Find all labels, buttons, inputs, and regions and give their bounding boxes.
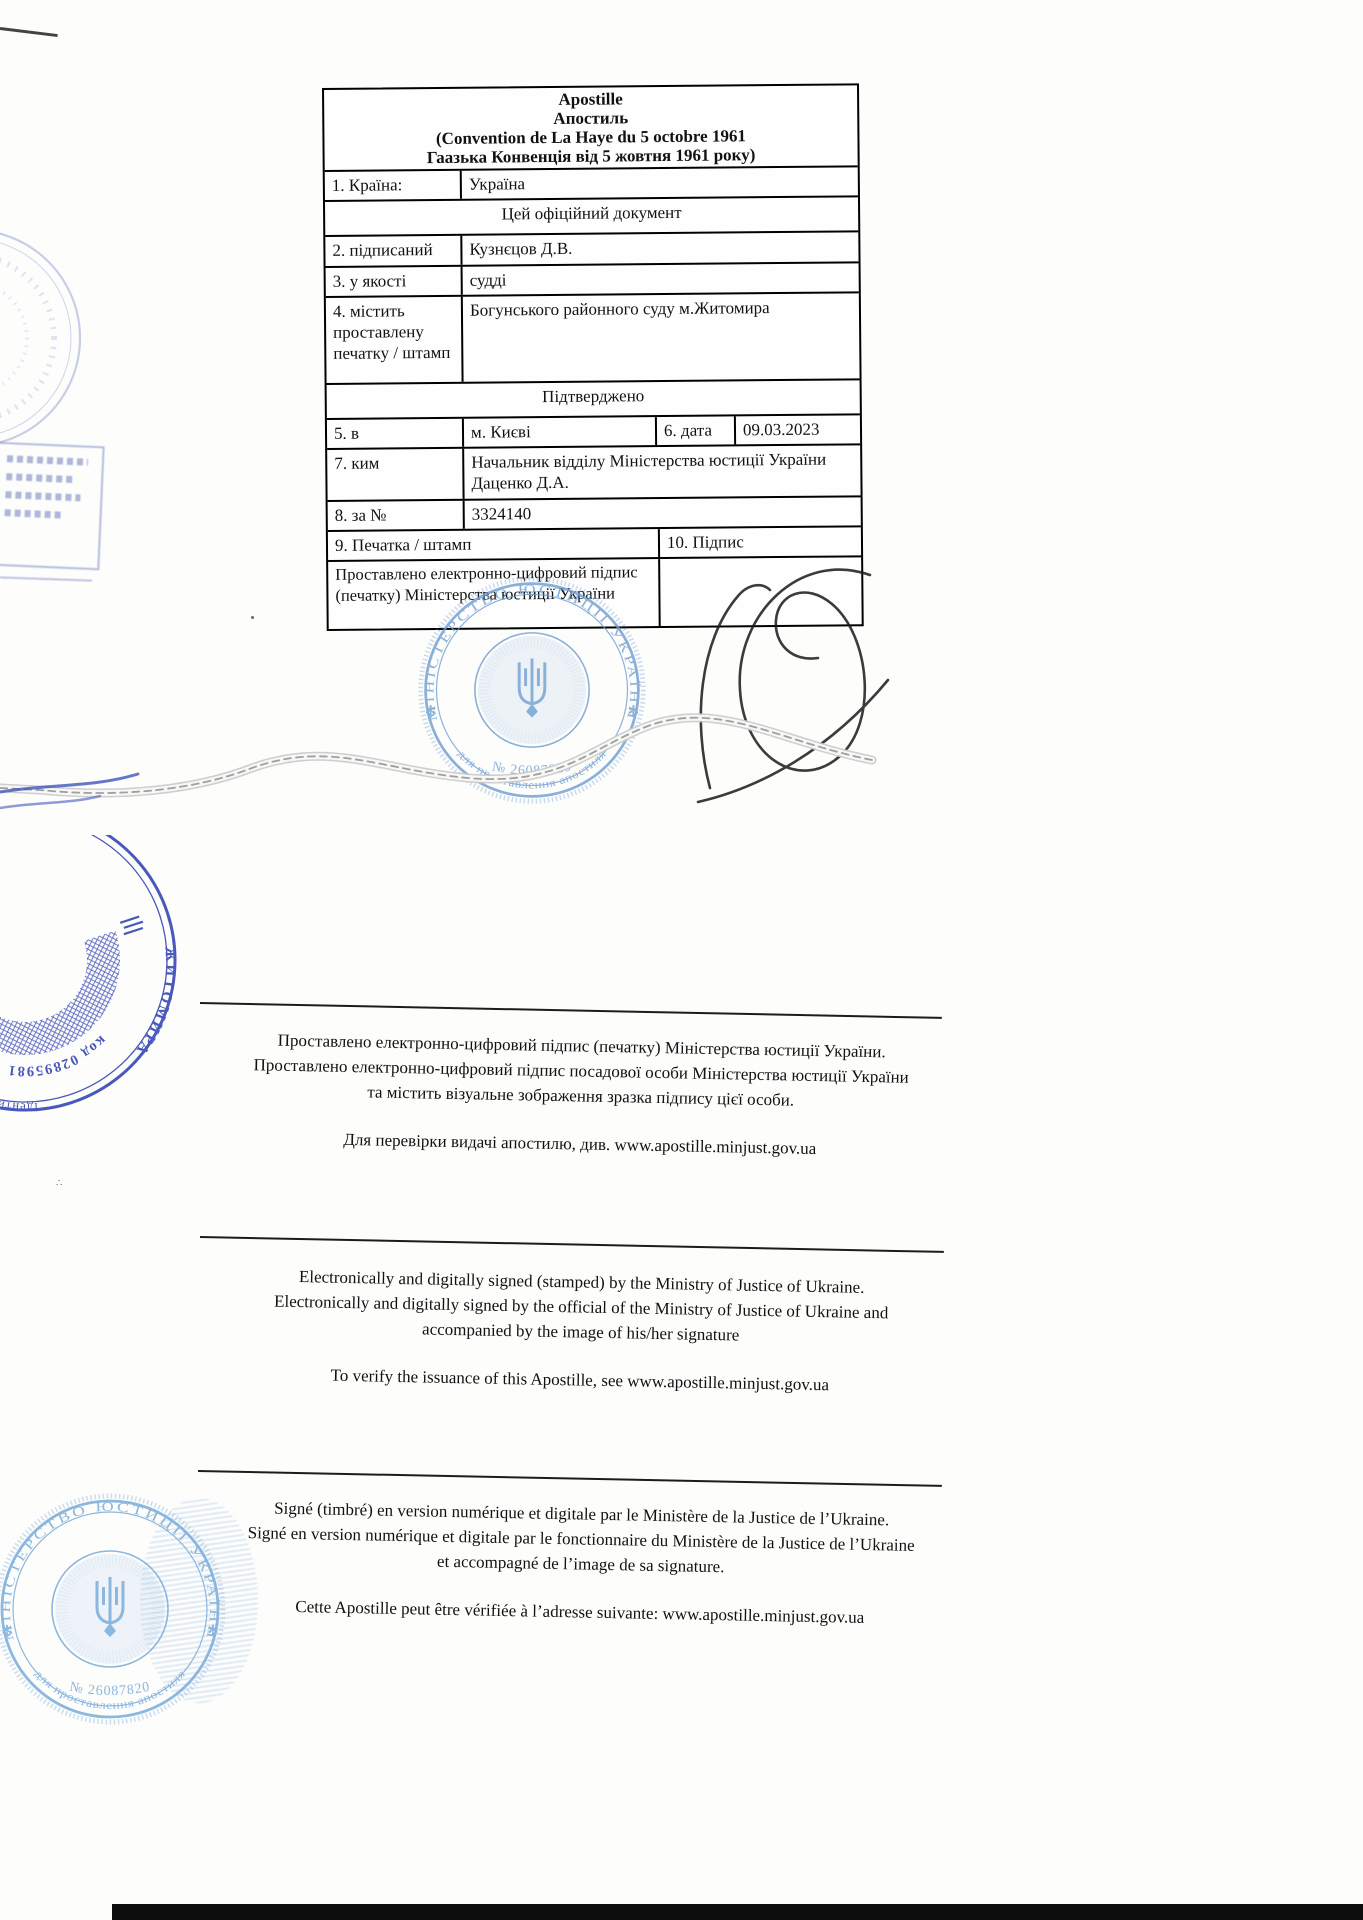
ghost-stamp-underline — [0, 576, 92, 581]
ghost-text-line — [5, 509, 62, 518]
seal-label: 4. містить проставлену печатку / штамп — [326, 297, 462, 383]
fr-verify-line: Cette Apostille peut être vérifiée à l’a… — [190, 1592, 970, 1632]
ghost-rect-stamp — [0, 442, 105, 571]
by-value: Начальник відділу Міністерства юстиції У… — [462, 445, 860, 498]
header-line-convention: Гаазька Конвенція від 5 жовтня 1961 року… — [329, 144, 854, 168]
signed-value: Кузнєцов Д.В. — [460, 233, 858, 265]
number-label: 8. за № — [328, 500, 463, 529]
ua-verify-line: Для перевірки видачі апостилю, див. www.… — [190, 1124, 970, 1164]
scan-speck: ∴ — [56, 1181, 65, 1187]
row-place-date: 5. в м. Києві 6. дата 09.03.2023 — [327, 413, 860, 448]
note-block-en: Electronically and digitally signed (sta… — [190, 1262, 972, 1400]
scan-edge-bar — [112, 1904, 1363, 1920]
separator-line — [200, 1002, 942, 1019]
row-capacity: 3. у якості судді — [326, 261, 859, 296]
row-signed: 2. підписаний Кузнєцов Д.В. — [325, 231, 858, 266]
row-country: 1. Країна: Україна — [325, 165, 858, 200]
note-block-ua: Проставлено електронно-цифровий підпис (… — [190, 1026, 972, 1164]
ministry-stamp-bottom — [0, 1477, 242, 1741]
certified-banner: Підтверджено — [327, 378, 860, 418]
at-label: 5. в — [327, 419, 462, 448]
scan-artifact-line — [0, 27, 58, 37]
date-label: 6. дата — [655, 416, 734, 445]
capacity-value: судді — [461, 263, 859, 295]
signed-label: 2. підписаний — [325, 236, 460, 265]
court-stamp-dashes — [120, 916, 145, 934]
by-label: 7. ким — [327, 449, 462, 500]
date-value: 09.03.2023 — [734, 415, 860, 444]
seal-value: Богунського районного суду м.Житомира — [461, 293, 860, 381]
row-by: 7. ким Начальник відділу Міністерства юс… — [327, 443, 860, 499]
separator-line — [200, 1236, 944, 1253]
note-block-fr: Signé (timbré) en version numérique et d… — [190, 1494, 972, 1632]
apostille-header: Apostille Апостиль (Convention de La Hay… — [324, 85, 858, 170]
official-doc-banner: Цей офіційний документ — [325, 196, 858, 236]
scan-speck — [251, 616, 254, 619]
stamp-label: 9. Печатка / штамп — [328, 529, 658, 560]
court-id-text: ідентифікаційний — [0, 1041, 42, 1135]
scanned-apostille-page: МІНІСТЕРСТВО ЮСТИЦІЇ УКРАЇНИ для простав… — [0, 0, 1363, 1920]
ghost-text-line — [6, 473, 73, 483]
faint-round-stamp — [0, 220, 150, 460]
separator-line — [198, 1470, 942, 1487]
en-verify-line: To verify the issuance of this Apostille… — [190, 1360, 970, 1400]
country-label: 1. Країна: — [325, 171, 460, 200]
capacity-label: 3. у якості — [326, 266, 461, 295]
ghost-text-line — [7, 455, 88, 466]
country-value: Україна — [460, 167, 858, 199]
binding-thread — [0, 700, 900, 840]
ghost-text-line — [5, 491, 80, 501]
at-value: м. Києві — [462, 417, 655, 447]
row-seal: 4. містить проставлену печатку / штамп Б… — [326, 291, 860, 383]
